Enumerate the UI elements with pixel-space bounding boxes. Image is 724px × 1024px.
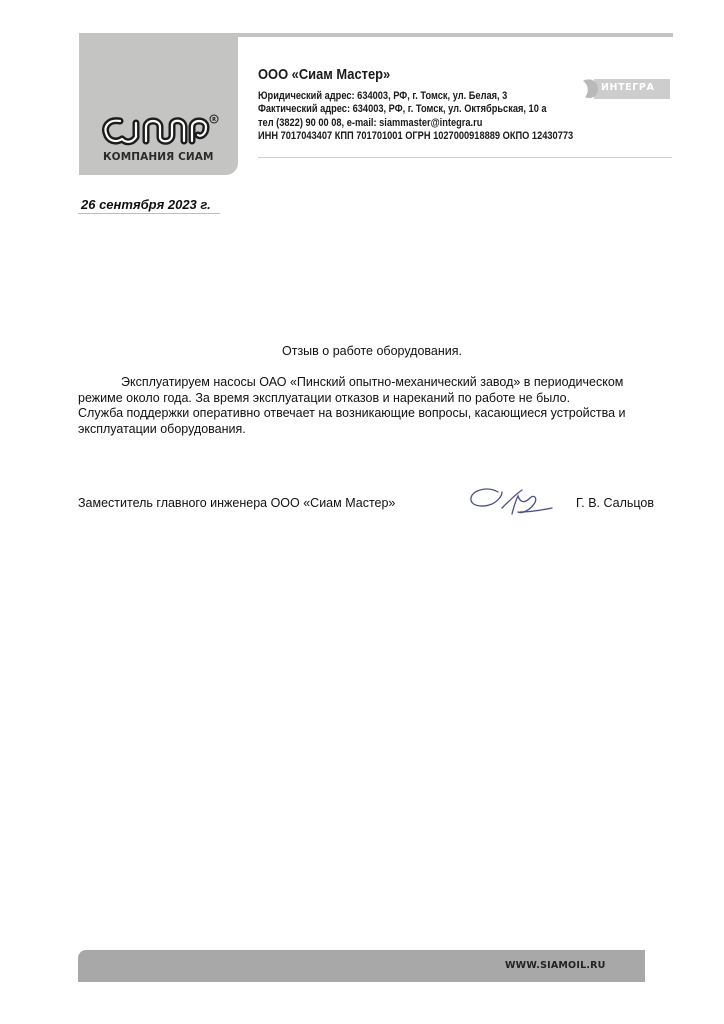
- date-underline: [78, 213, 220, 214]
- body-line: эксплуатации оборудования.: [78, 422, 678, 438]
- document-body: Эксплуатируем насосы ОАО «Пинский опытно…: [78, 375, 678, 437]
- integra-badge-text: ИНТЕГРА: [601, 82, 654, 93]
- registration-codes: ИНН 7017043407 КПП 701701001 ОГРН 102700…: [258, 130, 573, 143]
- legal-address: Юридический адрес: 634003, РФ, г. Томск,…: [258, 90, 573, 103]
- footer-website: WWW.SIAMOIL.RU: [505, 960, 606, 971]
- body-line: Эксплуатируем насосы ОАО «Пинский опытно…: [78, 375, 678, 391]
- contacts: тел (3822) 90 00 08, e-mail: siammaster@…: [258, 117, 573, 130]
- company-details: Юридический адрес: 634003, РФ, г. Томск,…: [258, 90, 573, 144]
- actual-address: Фактический адрес: 634003, РФ, г. Томск,…: [258, 103, 573, 116]
- letterhead-top-bar: [238, 33, 673, 37]
- signer-name: Г. В. Сальцов: [576, 496, 654, 510]
- handwritten-signature-icon: [468, 484, 558, 520]
- company-name: ООО «Сиам Мастер»: [258, 66, 390, 83]
- letterhead-divider: [258, 157, 672, 158]
- svg-text:R: R: [212, 117, 216, 123]
- body-line: режиме около года. За время эксплуатации…: [78, 391, 678, 407]
- document-date: 26 сентября 2023 г.: [81, 197, 211, 212]
- document-title: Отзыв о работе оборудования.: [0, 344, 724, 358]
- siam-logo-icon: R: [100, 113, 220, 149]
- signer-position: Заместитель главного инженера ООО «Сиам …: [78, 496, 395, 510]
- logo-caption: КОМПАНИЯ СИАМ: [103, 151, 218, 163]
- body-line: Служба поддержки оперативно отвечает на …: [78, 406, 678, 422]
